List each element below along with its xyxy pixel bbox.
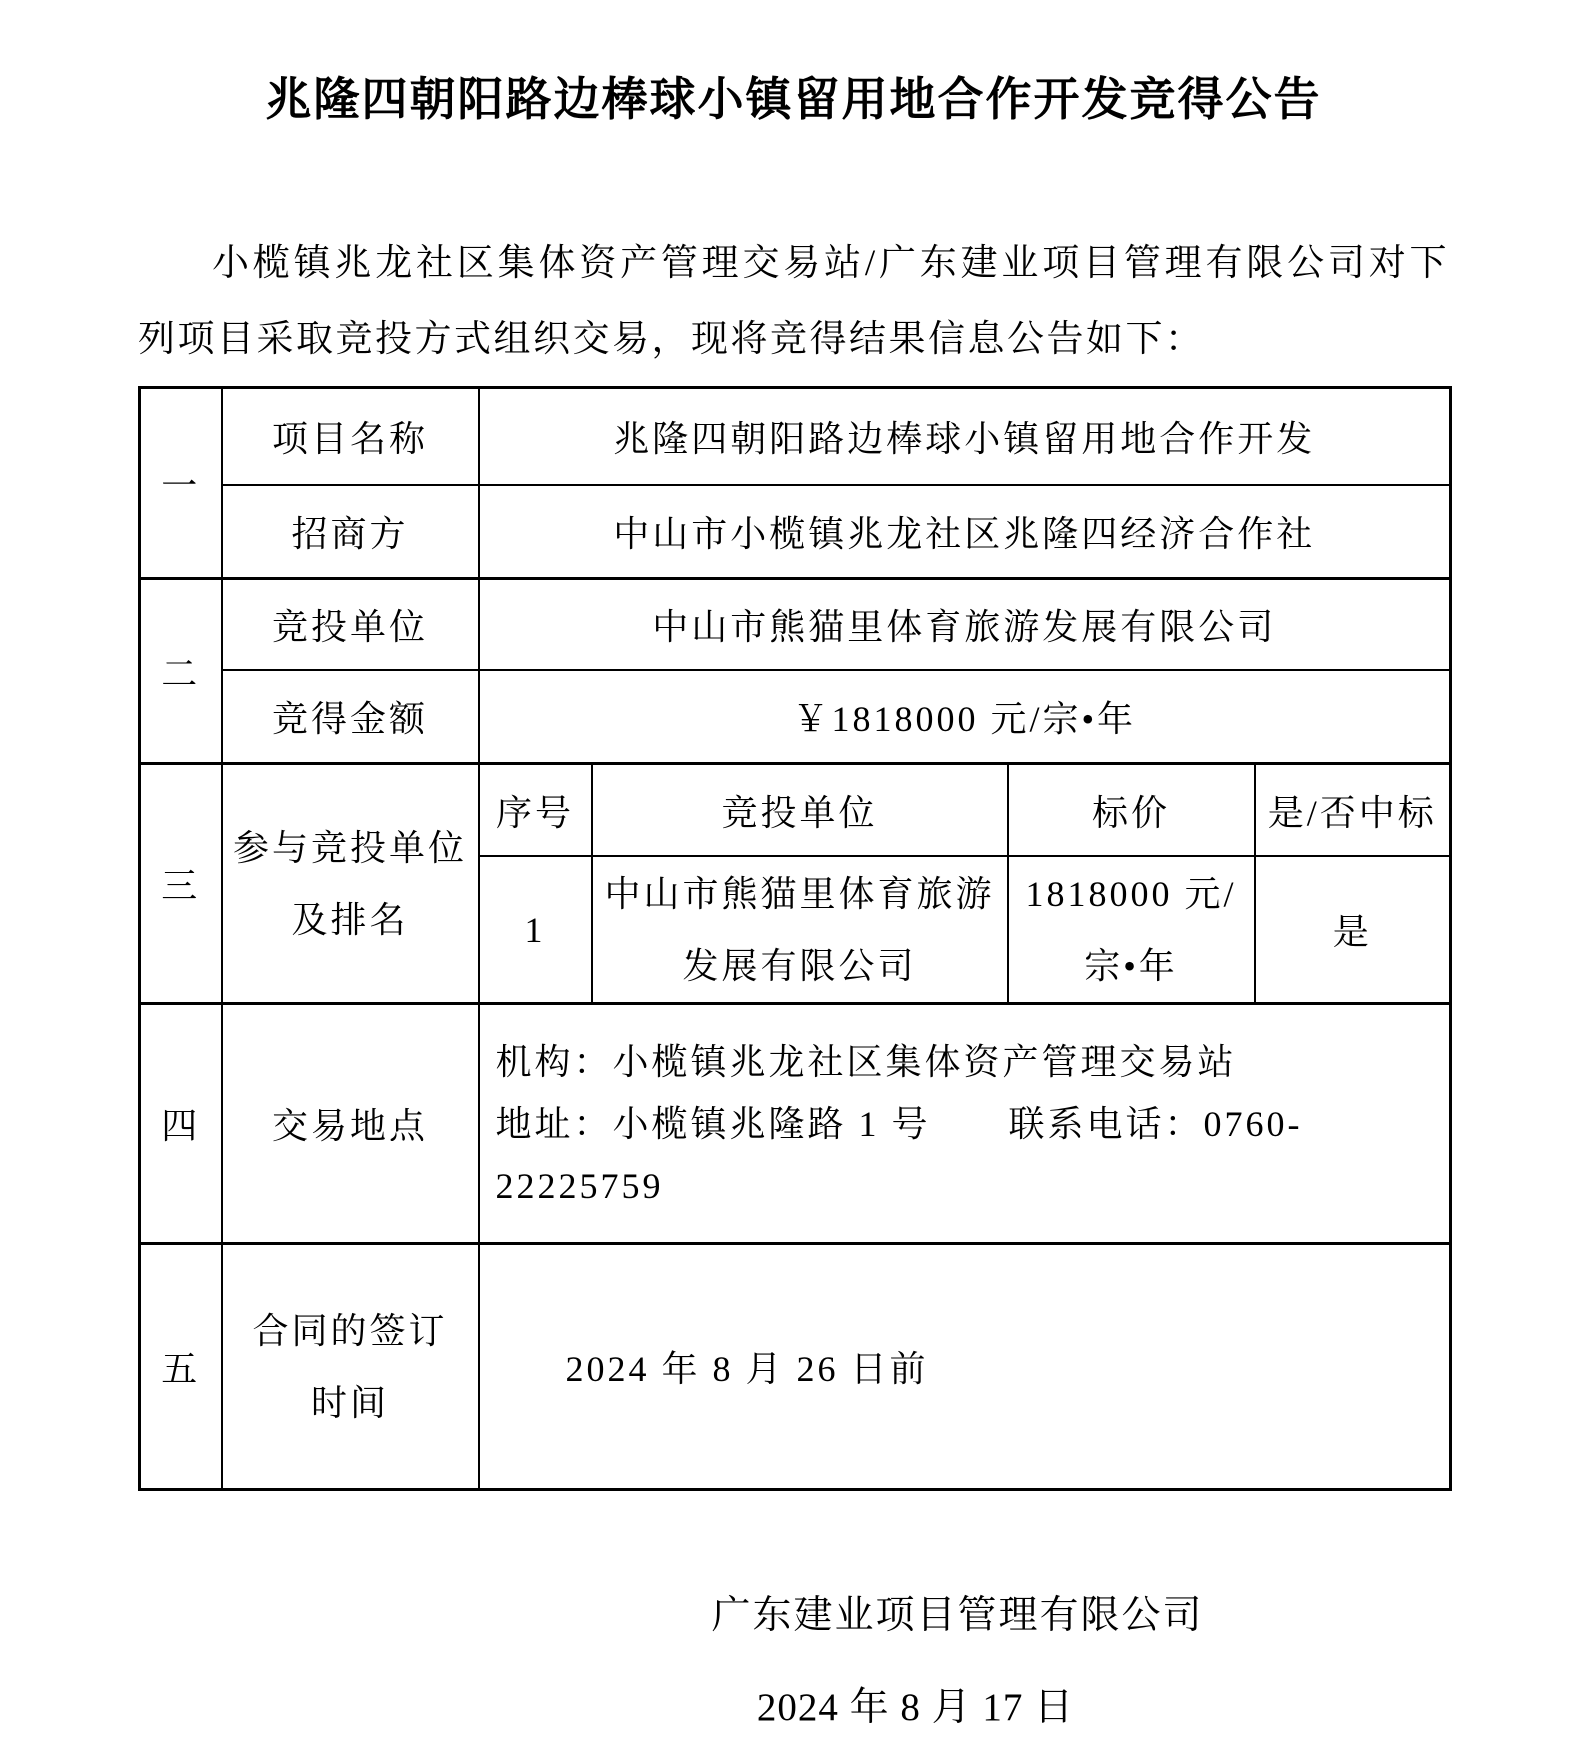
transaction-org-line: 机构：小榄镇兆龙社区集体资产管理交易站 — [496, 1031, 1450, 1093]
label-contract-line2: 时间 — [223, 1367, 478, 1439]
cell-bidder-line1: 中山市熊猫里体育旅游 — [593, 858, 1007, 930]
section-number-5: 五 — [140, 1244, 222, 1490]
table-row: 三 参与竞投单位 及排名 序号 竞投单位 标价 是/否中标 — [140, 764, 1451, 857]
section-number-1: 一 — [140, 388, 222, 579]
section-number-2: 二 — [140, 579, 222, 764]
label-project-name: 项目名称 — [222, 388, 479, 486]
label-participants-line2: 及排名 — [223, 884, 478, 956]
label-transaction-place: 交易地点 — [222, 1004, 479, 1244]
label-participants-line1: 参与竞投单位 — [223, 812, 478, 884]
page-title: 兆隆四朝阳路边棒球小镇留用地合作开发竞得公告 — [138, 72, 1449, 126]
table-row: 竞得金额 ￥1818000 元/宗•年 — [140, 670, 1451, 764]
signing-date: 2024 年 8 月 17 日 — [260, 1683, 1571, 1733]
subheader-price: 标价 — [1008, 764, 1255, 857]
cell-index: 1 — [479, 856, 592, 1004]
document-page: 兆隆四朝阳路边棒球小镇留用地合作开发竞得公告 小榄镇兆龙社区集体资产管理交易站/… — [0, 0, 1587, 1761]
table-row: 一 项目名称 兆隆四朝阳路边棒球小镇留用地合作开发 — [140, 388, 1451, 486]
cell-bidder-line2: 发展有限公司 — [593, 930, 1007, 1002]
section-number-3: 三 — [140, 764, 222, 1004]
cell-price-line1: 1818000 元/ — [1009, 858, 1254, 930]
subheader-bidder: 竞投单位 — [592, 764, 1008, 857]
value-bidding-unit: 中山市熊猫里体育旅游发展有限公司 — [479, 579, 1451, 671]
table-row: 五 合同的签订 时间 2024 年 8 月 26 日前 — [140, 1244, 1451, 1490]
label-contract-line1: 合同的签订 — [223, 1295, 478, 1367]
label-inviting-party: 招商方 — [222, 485, 479, 579]
cell-price: 1818000 元/ 宗•年 — [1008, 856, 1255, 1004]
label-winning-amount: 竞得金额 — [222, 670, 479, 764]
table-row: 招商方 中山市小榄镇兆龙社区兆隆四经济合作社 — [140, 485, 1451, 579]
label-bidding-unit: 竞投单位 — [222, 579, 479, 671]
label-contract-signing-time: 合同的签订 时间 — [222, 1244, 479, 1490]
value-transaction-place: 机构：小榄镇兆龙社区集体资产管理交易站 地址：小榄镇兆隆路 1 号 联系电话：0… — [479, 1004, 1451, 1244]
value-contract-signing-time: 2024 年 8 月 26 日前 — [479, 1244, 1451, 1490]
label-participants-ranking: 参与竞投单位 及排名 — [222, 764, 479, 1004]
result-table: 一 项目名称 兆隆四朝阳路边棒球小镇留用地合作开发 招商方 中山市小榄镇兆龙社区… — [138, 386, 1452, 1491]
value-project-name: 兆隆四朝阳路边棒球小镇留用地合作开发 — [479, 388, 1451, 486]
table-row: 四 交易地点 机构：小榄镇兆龙社区集体资产管理交易站 地址：小榄镇兆隆路 1 号… — [140, 1004, 1451, 1244]
value-inviting-party: 中山市小榄镇兆龙社区兆隆四经济合作社 — [479, 485, 1451, 579]
subheader-index: 序号 — [479, 764, 592, 857]
signing-company: 广东建业项目管理有限公司 — [302, 1591, 1587, 1641]
transaction-address-line: 地址：小榄镇兆隆路 1 号 联系电话：0760-22225759 — [496, 1093, 1450, 1217]
intro-paragraph: 小榄镇兆龙社区集体资产管理交易站/广东建业项目管理有限公司对下列项目采取竞投方式… — [138, 226, 1449, 378]
cell-bidder: 中山市熊猫里体育旅游 发展有限公司 — [592, 856, 1008, 1004]
subheader-winner: 是/否中标 — [1255, 764, 1451, 857]
cell-price-line2: 宗•年 — [1009, 930, 1254, 1002]
signature-block: 广东建业项目管理有限公司 2024 年 8 月 17 日 — [138, 1591, 1449, 1733]
value-winning-amount: ￥1818000 元/宗•年 — [479, 670, 1451, 764]
section-number-4: 四 — [140, 1004, 222, 1244]
cell-winner: 是 — [1255, 856, 1451, 1004]
table-row: 二 竞投单位 中山市熊猫里体育旅游发展有限公司 — [140, 579, 1451, 671]
